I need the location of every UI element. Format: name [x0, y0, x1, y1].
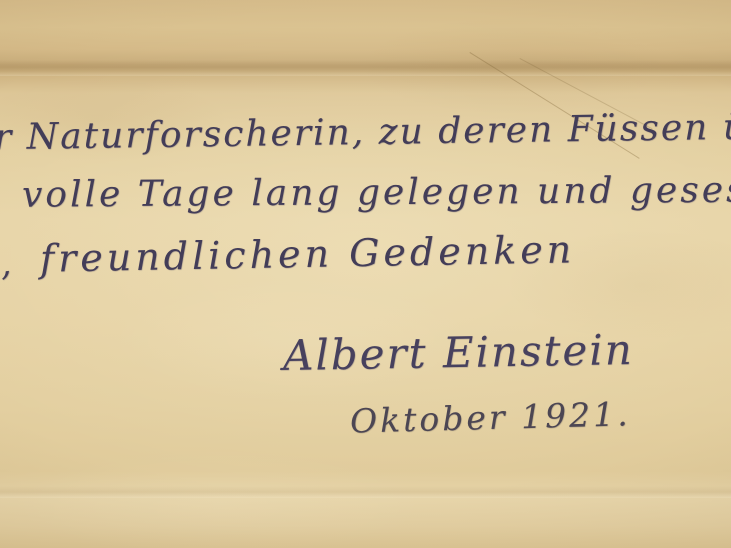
paper-crease-bottom [0, 486, 731, 498]
date-line: Oktober 1921. [350, 394, 632, 440]
paper-crease-top [0, 60, 731, 76]
handwriting-line-3: freundlichen Gedenken [40, 227, 576, 280]
signature: Albert Einstein [283, 325, 635, 380]
handwriting-line-2: volle Tage lang gelegen und gesesse [22, 169, 731, 215]
letter-photo: r Naturforscherin, zu deren Füssen ü vol… [0, 0, 731, 548]
